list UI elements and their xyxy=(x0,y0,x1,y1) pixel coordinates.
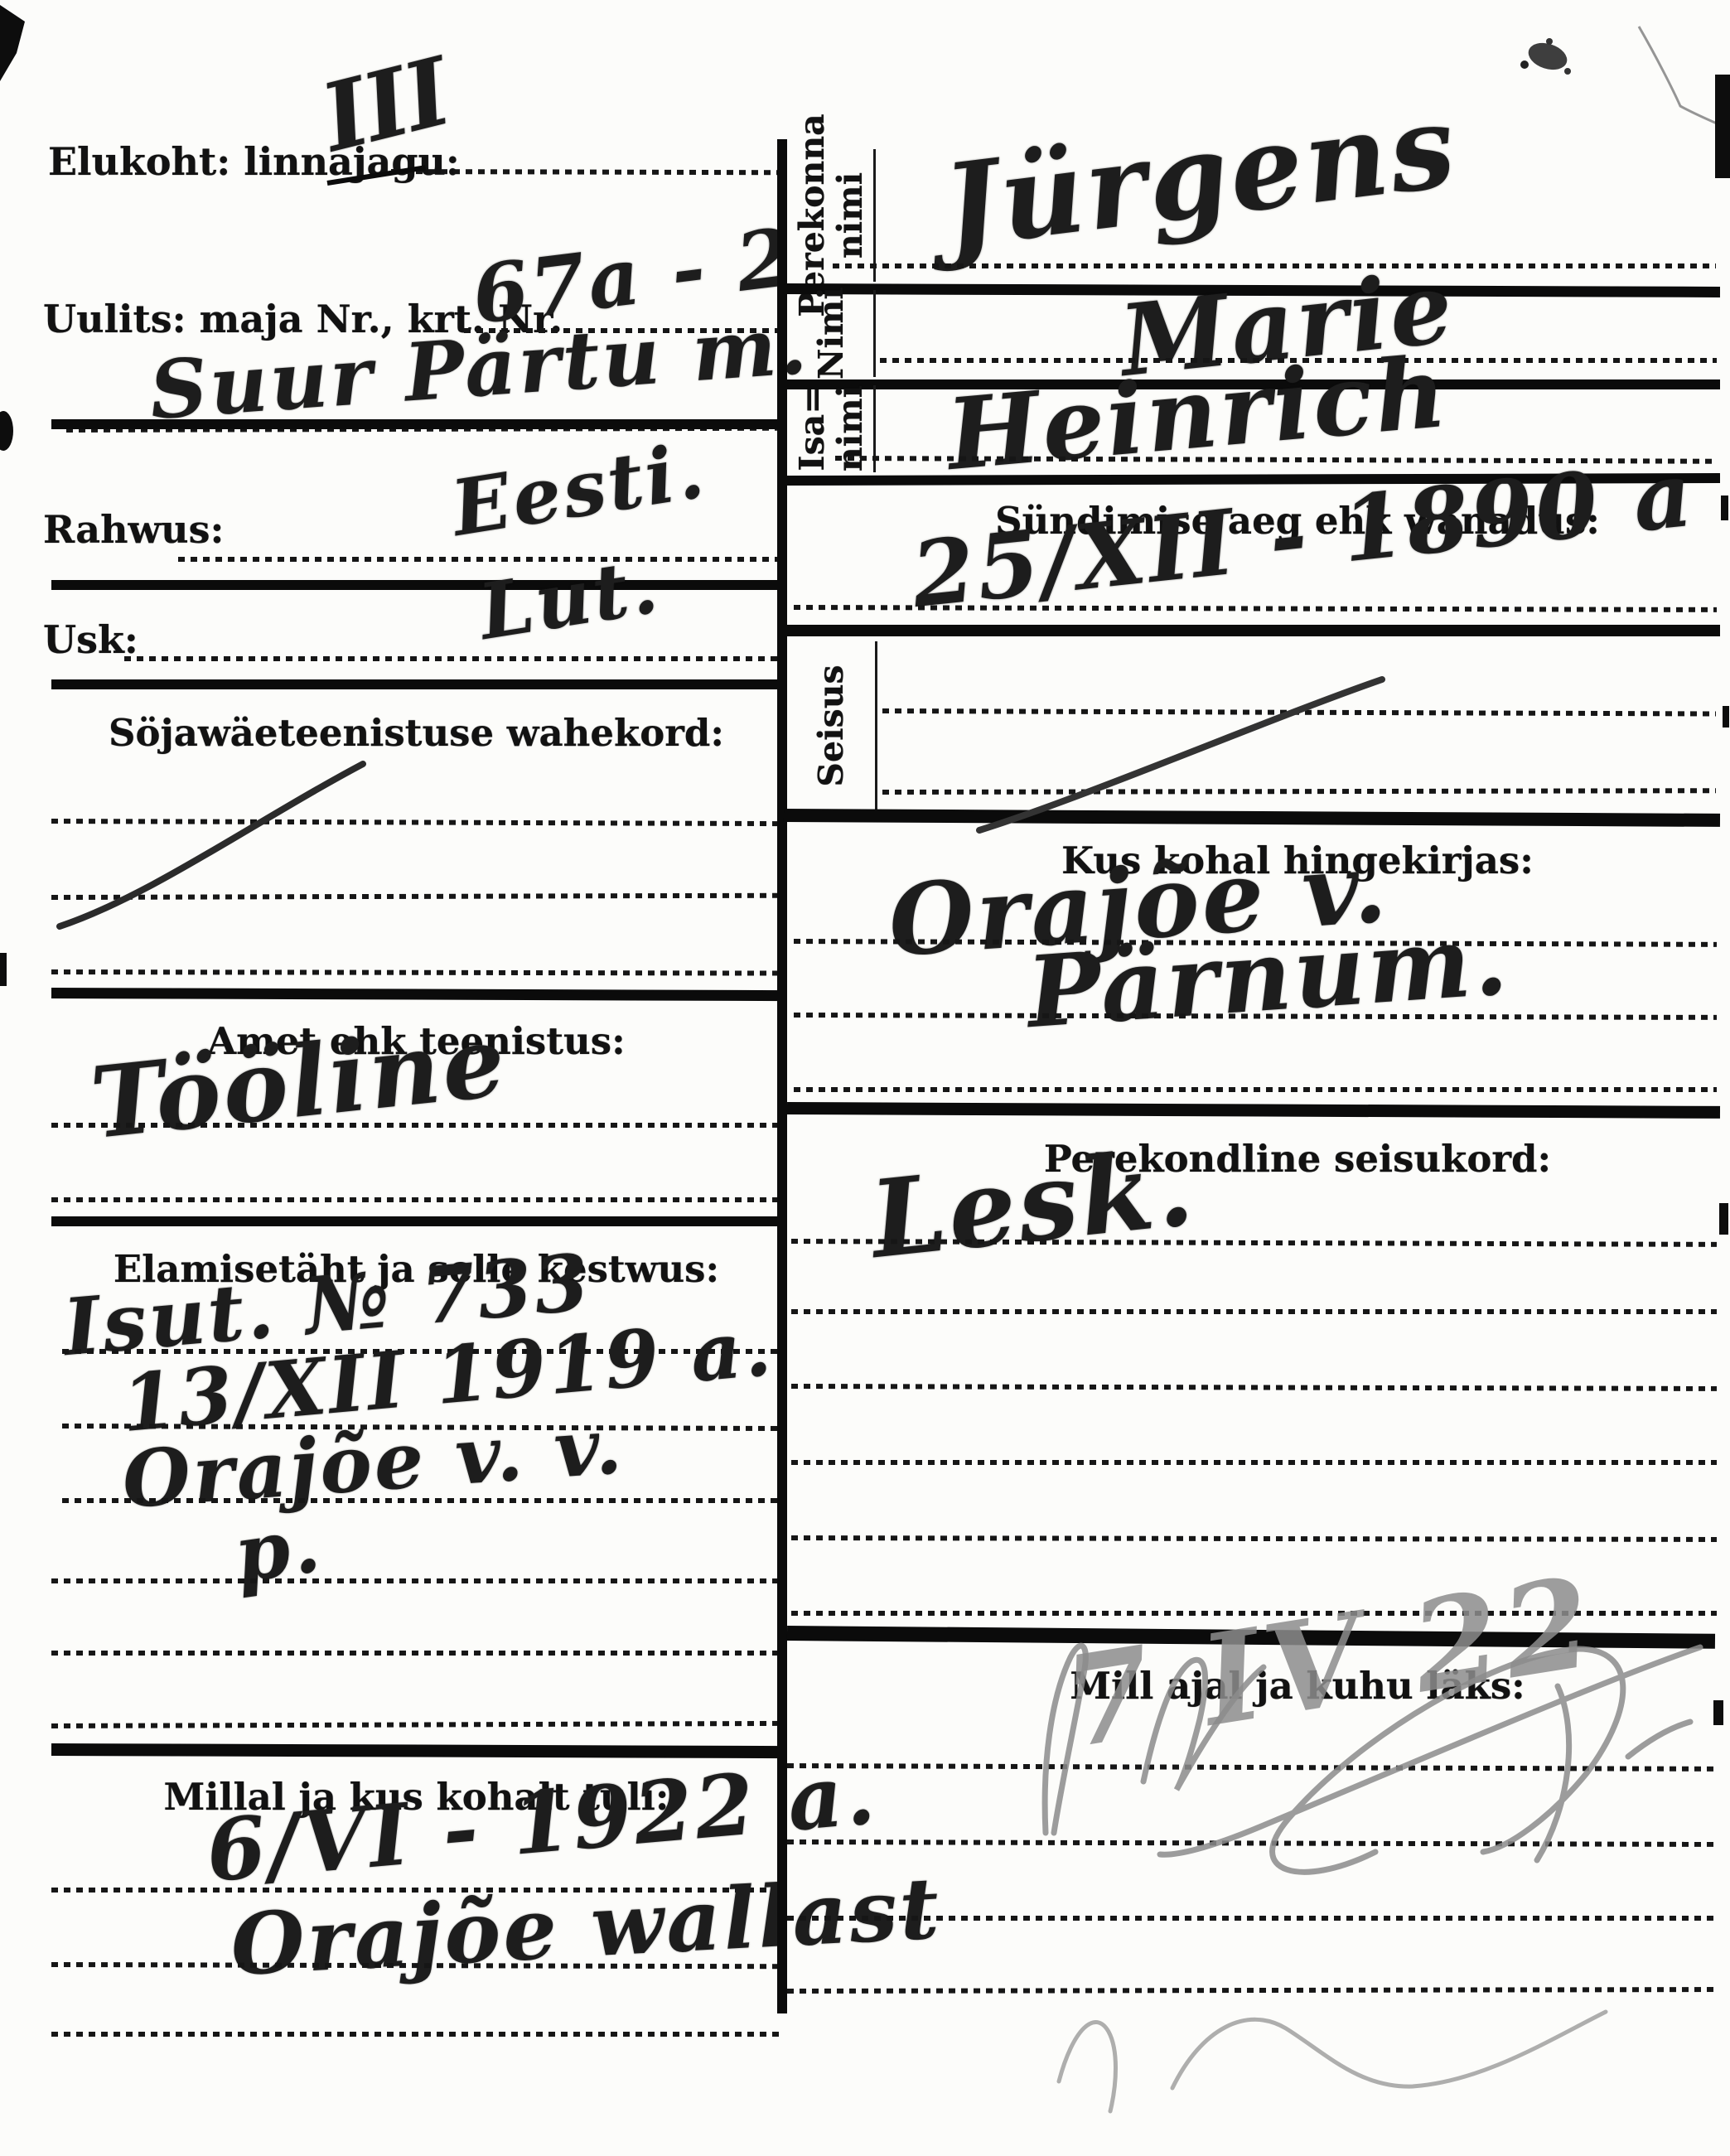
field-label-rahwus: Rahwus: xyxy=(43,507,224,552)
dotted-line xyxy=(51,1962,783,1969)
pencil-stroke xyxy=(1537,1686,1569,1860)
field-label-usk: Usk: xyxy=(43,617,138,662)
label-cell-rule xyxy=(875,641,877,810)
diagonal-dash-mark xyxy=(979,679,1382,830)
dotted-line xyxy=(787,1763,1717,1772)
dotted-line xyxy=(178,557,783,562)
pencil-stroke xyxy=(1172,2012,1606,2088)
dotted-line xyxy=(51,893,783,900)
section-rule xyxy=(51,580,784,590)
edge-mark xyxy=(1715,75,1730,178)
edge-mark xyxy=(1721,495,1728,520)
dotted-line xyxy=(51,1578,783,1583)
ink-blot-spot xyxy=(1546,38,1553,45)
rotated-label-nimi: Nimi xyxy=(789,288,875,378)
label-cell-rule xyxy=(873,149,876,282)
dotted-line xyxy=(787,1987,1717,1994)
ink-blot-spot xyxy=(1564,68,1571,75)
section-rule xyxy=(51,1743,785,1758)
dotted-line xyxy=(51,1123,783,1128)
edge-mark xyxy=(0,953,7,986)
dotted-line xyxy=(882,788,1716,795)
handwriting-surname: Jürgens xyxy=(936,77,1464,274)
dotted-line xyxy=(62,1498,783,1503)
rotated-label-seisus: Seisus xyxy=(789,640,875,812)
pencil-stroke xyxy=(1628,1722,1690,1757)
column-divider xyxy=(777,139,787,2013)
ink-blot-spot xyxy=(1525,38,1571,74)
dotted-line xyxy=(794,1087,1717,1092)
dotted-line xyxy=(791,1535,1717,1542)
rotated-label-line: Nimi xyxy=(813,287,851,379)
diagonal-dash-mark xyxy=(60,764,363,926)
section-rule xyxy=(51,679,784,689)
section-rule xyxy=(51,988,784,1001)
dotted-line xyxy=(791,1384,1717,1391)
dotted-line xyxy=(791,1309,1717,1314)
dotted-line xyxy=(391,169,782,175)
handwriting-rahwus-value: Eesti. xyxy=(446,425,712,554)
dotted-line xyxy=(51,1651,783,1656)
dotted-line xyxy=(51,1197,783,1202)
section-rule xyxy=(784,625,1720,636)
dotted-line xyxy=(51,969,783,976)
section-rule xyxy=(51,1216,784,1226)
ink-blot xyxy=(1520,27,1730,129)
dotted-line xyxy=(791,1460,1717,1465)
edge-mark xyxy=(1723,706,1729,728)
dotted-line xyxy=(51,819,783,826)
registration-card-scan: Elukoht: linnajagu: III Uulits: maja Nr.… xyxy=(0,0,1730,2156)
handwriting-elamisetaht-line4: p. xyxy=(230,1499,328,1601)
rotated-label-line: Isa= xyxy=(794,385,832,471)
pencil-wave xyxy=(1059,2012,1606,2111)
section-header-sojawae: Söjawäeteenistuse wahekord: xyxy=(50,711,783,755)
handwriting-laks-pencil: 7 IV 22 xyxy=(1054,1549,1606,1777)
crease-line xyxy=(1639,27,1730,129)
ink-blot-spot xyxy=(1520,60,1529,69)
edge-mark xyxy=(0,411,13,451)
dotted-line xyxy=(124,656,783,661)
dotted-line xyxy=(51,2032,783,2037)
dotted-line xyxy=(882,708,1716,717)
section-rule xyxy=(51,419,784,429)
edge-mark xyxy=(0,5,25,81)
label-cell-rule xyxy=(873,290,876,377)
dotted-line xyxy=(787,1839,1717,1847)
section-rule xyxy=(787,1102,1720,1119)
pencil-stroke xyxy=(1059,2022,1116,2111)
section-rule xyxy=(784,809,1720,827)
dotted-line xyxy=(51,1721,783,1728)
edge-mark xyxy=(1719,1203,1728,1235)
rotated-label-line: Seisus xyxy=(813,665,851,786)
dotted-line xyxy=(787,1916,1717,1921)
